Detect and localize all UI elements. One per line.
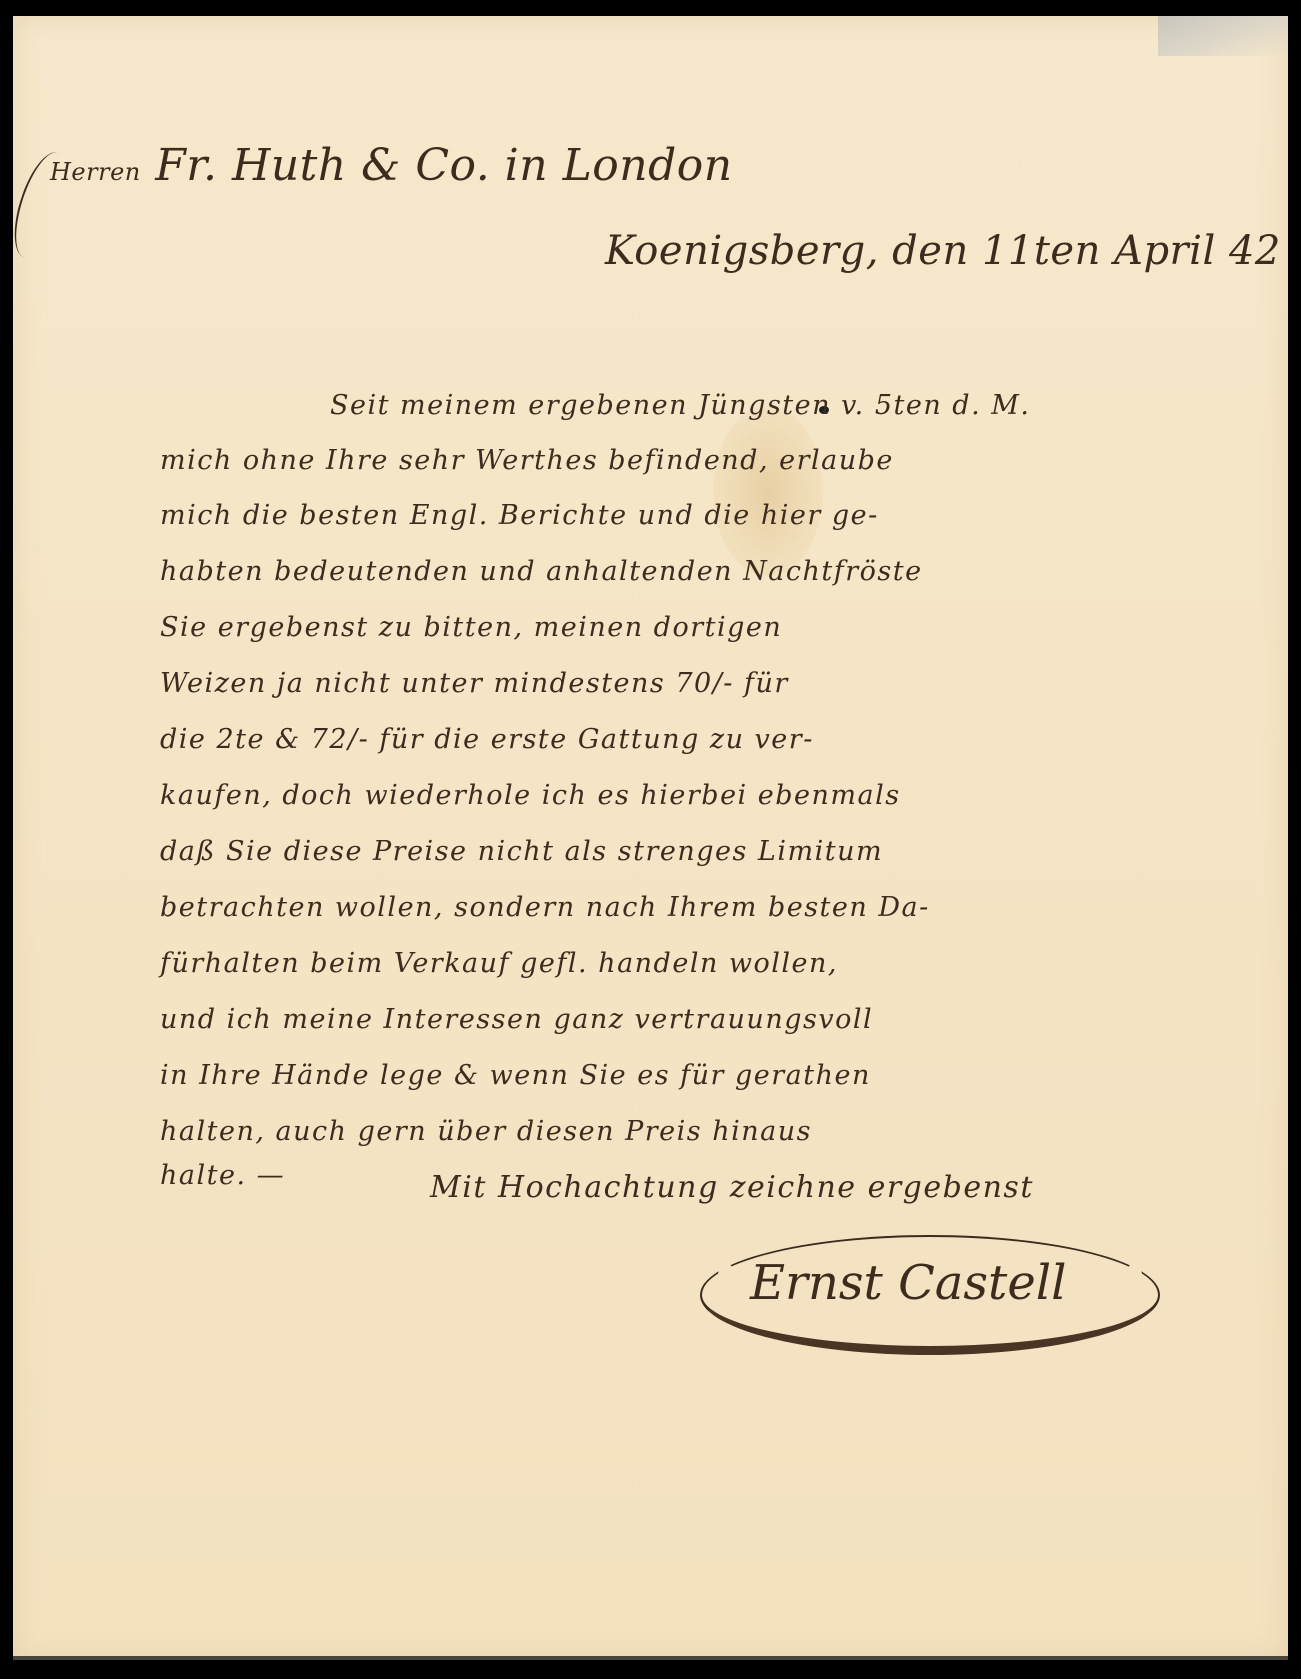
body-line: Sie ergebenst zu bitten, meinen dortigen — [160, 612, 782, 643]
body-line: in Ihre Hände lege & wenn Sie es für ger… — [160, 1060, 871, 1091]
body-line: betrachten wollen, sondern nach Ihrem be… — [160, 892, 930, 923]
body-line: habten bedeutenden und anhaltenden Nacht… — [160, 556, 923, 587]
signature: Ernst Castell — [750, 1255, 1066, 1311]
body-line: halte. — — [160, 1160, 285, 1191]
body-line: Weizen ja nicht unter mindestens 70/- fü… — [160, 668, 789, 699]
body-line: daß Sie diese Preise nicht als strenges … — [160, 836, 883, 867]
water-stain — [713, 406, 823, 576]
body-line: mich die besten Engl. Berichte und die h… — [160, 500, 879, 531]
body-line: halten, auch gern über diesen Preis hina… — [160, 1116, 812, 1147]
dateline: Koenigsberg, den 11ten April 42 — [605, 228, 1281, 274]
folded-corner — [1158, 16, 1288, 56]
body-line: kaufen, doch wiederhole ich es hierbei e… — [160, 780, 901, 811]
addressee-line: Herren Fr. Huth & Co. in London — [50, 140, 733, 191]
paper-bottom-edge — [13, 1656, 1288, 1660]
closing-salutation: Mit Hochachtung zeichne ergebenst — [430, 1170, 1034, 1205]
signature-block: Ernst Castell — [700, 1235, 1170, 1365]
body-line: Seit meinem ergebenen Jüngsten v. 5ten d… — [330, 390, 1030, 421]
body-line: mich ohne Ihre sehr Werthes befindend, e… — [160, 445, 894, 476]
addressee-name: Fr. Huth & Co. in London — [155, 140, 732, 191]
body-line: und ich meine Interessen ganz vertrauung… — [160, 1004, 873, 1035]
body-line: die 2te & 72/- für die erste Gattung zu … — [160, 724, 814, 755]
addressee-prefix: Herren — [50, 158, 141, 186]
body-line: fürhalten beim Verkauf gefl. handeln wol… — [160, 948, 838, 979]
